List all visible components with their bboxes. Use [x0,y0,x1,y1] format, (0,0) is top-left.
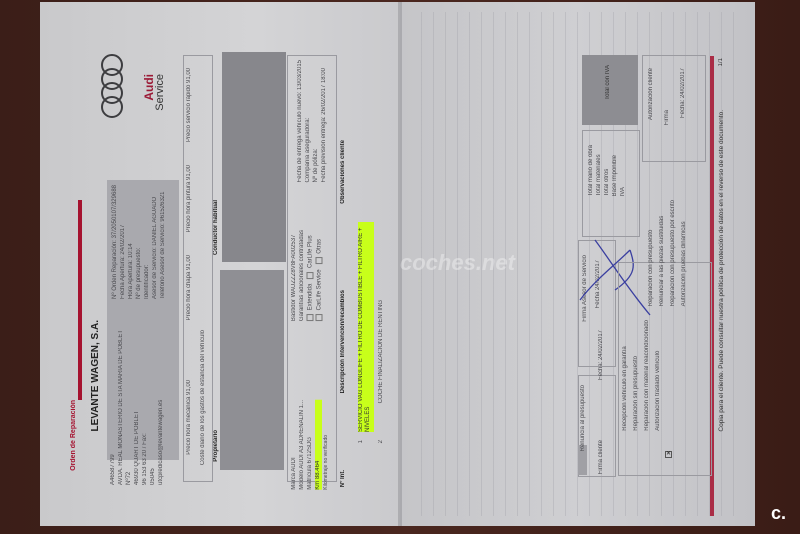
order-number: Nº Orden Reparación: 37/2050107/329688 [112,185,119,299]
driver-label: Conductor habitual [213,200,220,255]
checkbox[interactable] [307,314,314,321]
totals-list: Total mano de obra Total materiales Tota… [588,145,627,196]
vehicle-info: Marca AUDI Modelo AUDI A3 ADRENALIN 1...… [291,400,330,490]
checkbox[interactable] [307,272,314,279]
warranty-label: Garantías adicionales contratadas [299,230,306,321]
expected-delivery: Fecha previsión entrega: 26/02/2017 18:0… [321,60,328,182]
option-test-drive[interactable]: Autorización pruebas dinámicas [681,200,688,306]
total-labor: Total mano de obra [588,145,595,196]
company-detail: A46587799 [110,330,117,485]
option-warranty[interactable]: Recepción vehículo en garantía [622,320,629,431]
option-transfer[interactable]: Autorización traslado vehículo [655,320,662,431]
company-detail: utcpredicaso@levantewagen.es [158,330,165,485]
vehicle-make: Marca AUDI [291,400,298,490]
company-detail: 05045 [150,330,157,485]
company-name: LEVANTE WAGEN, S.A. [90,320,102,432]
client-authorization-signature[interactable]: Firma [664,110,671,125]
option-no-budget[interactable]: Reparación sin presupuesto [633,320,640,431]
option-written-budget[interactable]: Reparación con presupuesto por escrito [670,200,677,306]
advisor-phone: Teléfono Asesor de Servicio: 961526321 [160,185,167,299]
brand-service: Service [154,74,167,111]
tax-base: Base Imponible [612,145,619,196]
intervention-number-header: Nº Int. [340,470,347,487]
red-accent-bar-left [78,200,82,400]
vehicle-km: Km 88.464 [315,400,322,490]
page-number: 1/1 [718,58,725,66]
km-note: Kilometraje no verificado [323,400,330,490]
opening-date: Fecha Apertura: 24/02/2017 [120,185,127,299]
price-paint: Precio hora pintura 91,00 [186,165,193,232]
budget-number: Nº de presupuesto: [136,185,143,299]
option-refurbished[interactable]: Reparación con material reacondicionado [644,320,651,431]
policy-number: Nº de póliza: [313,60,320,182]
new-vehicle-date: Fecha de entrega vehículo nuevo: 13/03/2… [297,60,304,182]
client-authorization-date: Fecha: 24/02/2017 [680,68,687,118]
checkbox-no-budget-checked[interactable]: ✕ [665,451,672,458]
document-title: Orden de Reparación [70,400,77,471]
checkbox[interactable] [316,314,323,321]
price-quick-service: Precio servicio rápido 91,00 [186,68,193,142]
client-signature-label[interactable]: Firma cliente [598,440,605,474]
audi-rings-logo [97,54,127,124]
intervention-1-text: SERVICIO VAG LONGLIFE + FILTRO DE COMBUS… [358,222,374,432]
vat: IVA [620,145,627,196]
vehicle-warranty: Bastidor WAUZZZ8V8FA002537 Garantías adi… [291,230,323,321]
vehicle-plate: Matrícula 6712SDG [307,400,314,490]
order-info: Nº Orden Reparación: 37/2050107/329688 F… [112,185,167,299]
option-waive-parts[interactable]: Renunciar a las piezas sustituidas [659,200,666,306]
footer-note: Copia para el cliente. Puede consultar n… [718,110,725,432]
owner-redacted [220,270,284,470]
warranty-options-1[interactable]: Extendida CarLife Plus [307,230,315,321]
vehicle-vin: Bastidor WAUZZZ8V8FA002537 [291,230,298,321]
options-right: Reparación con presupuesto Renunciar a l… [648,200,688,306]
insurer: Compañía aseguradora: [305,60,312,182]
delivery-dates: Fecha de entrega vehículo nuevo: 13/03/2… [297,60,328,182]
total-with-vat-label: Total con IVA [605,65,612,100]
watermark: coches.net [400,250,515,276]
options-left: Recepción vehículo en garantía Reparació… [622,320,662,431]
total-materials: Total materiales [596,145,603,196]
intervention-2-text: COCHE FINALIZACION DE RENTING [378,300,385,403]
opening-time: Hora Apertura: 10:14 [128,185,135,299]
company-detail: AVDA. REAL MONASTERIO DE STA MARIA DE PO… [118,330,125,485]
company-details: A46587799 AVDA. REAL MONASTERIO DE STA M… [110,330,165,485]
intervention-2-num: 2 [378,440,385,443]
service-advisor: Asesor de Servicio: DANIEL AGUADO [152,185,159,299]
identifier: Identificador: [144,185,151,299]
driver-redacted [222,52,286,262]
corner-mark: c. [771,503,786,524]
client-authorization-title: Autorización cliente [648,68,655,120]
owner-label: Propietario [213,430,220,462]
budget-waiver-title: Renuncia al presupuesto [580,385,587,451]
option-with-budget[interactable]: Reparación con presupuesto [648,200,655,306]
warranty-options-2[interactable]: CarLife Service Otras [316,230,324,321]
price-bodywork: Precio hora chapa 91,00 [186,255,193,320]
checkbox[interactable] [316,257,323,264]
intervention-1-num: 1 [358,440,365,443]
company-detail: 96 153 63 20 / Fax: [142,330,149,485]
company-detail: 46930 QUART DE POBLET [134,330,141,485]
total-other: Total otros [604,145,611,196]
price-mechanics: Precio hora mecánica 91,00 [186,380,193,455]
vehicle-model: Modelo AUDI A3 ADRENALIN 1... [299,400,306,490]
storage-cost: Coste diario de los gastos de estancia d… [200,330,207,465]
observations-label: Observaciones cliente [340,140,347,204]
company-detail: Nº72 [126,330,133,485]
intervention-description-header: Descripción Intervención/recambios [340,290,347,393]
